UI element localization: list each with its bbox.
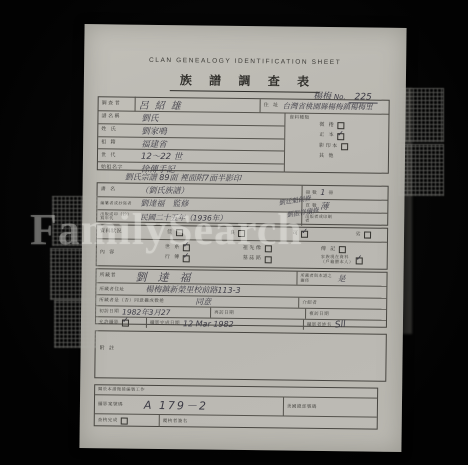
- form-title-text: 族 譜 調 查 表: [170, 71, 321, 93]
- content-option: 行 傳✓: [165, 255, 243, 263]
- checkbox: ✓: [122, 319, 129, 326]
- publisher-label: 出版者或印刷者: [305, 215, 335, 225]
- photo-done-label: 攝影完成日期: [150, 320, 180, 326]
- material-option: 其 他: [319, 154, 388, 160]
- status-option: 劣: [355, 231, 371, 238]
- checkbox: ✓: [356, 257, 363, 264]
- material-option: 影印本: [319, 143, 388, 151]
- year-label: 出版或印（抄）寫年代: [100, 212, 134, 222]
- status-option: 佳: [167, 229, 183, 236]
- option-label: 世 系: [165, 245, 181, 251]
- option-label: 佳: [167, 230, 174, 236]
- holder-address-label: 所藏者住址: [99, 286, 124, 291]
- holder-address-value: 楊梅鎮新榮里校前路113-3: [145, 284, 240, 296]
- checkbox: [339, 246, 346, 253]
- archive-seal-stamp: [54, 300, 98, 348]
- field-value: 12～22 世: [141, 150, 182, 163]
- archive-seal-stamp: [396, 88, 444, 142]
- relation-label: 所藏者與本譜之關係: [300, 274, 334, 284]
- field-label: 姓 氏: [101, 127, 117, 133]
- year-value: 民國二十五年（1936年）: [140, 212, 227, 224]
- first-visit-label: 初訪日期: [99, 309, 119, 314]
- notes-label: 附 註: [100, 345, 116, 351]
- option-label: 行 傳: [165, 255, 181, 261]
- film-number-row: 攝影案號碼 A 179－2 美國總部號碼: [95, 394, 377, 416]
- holder-label: 所藏者: [99, 273, 116, 279]
- condition-table: 資料狀況 佳 良 可✓ 劣 內 容 世 系✓ 祖先像 傳 記 行 傳✓ 墓誌銘: [96, 224, 388, 270]
- field-value: 福建省: [141, 137, 167, 149]
- holder-table: 所藏者 劉 達 福 所藏者與本譜之關係 是 所藏者住址 楊梅鎮新榮里校前路113…: [95, 268, 388, 328]
- address-label: 住 址: [264, 103, 280, 109]
- surveyor-label: 調查者: [102, 101, 122, 107]
- compiler-label: 編纂者或抄寫者: [100, 201, 132, 206]
- photographer-label: 攝影者姓名: [307, 322, 332, 327]
- option-label: 祖先像: [243, 246, 263, 252]
- option-label: 微 捲: [319, 123, 335, 129]
- content-option: 傳 記: [321, 246, 383, 254]
- survey-table: 調查者 呂紹雄 住 址 台灣省桃園縣楊梅鎮楊梅里 譜名稱 劉氏 姓 氏 劉家鳴: [97, 96, 390, 174]
- checkbox: [264, 256, 271, 263]
- hq-number-label: 美國總部號碼: [287, 404, 317, 410]
- content-option: 家族現在資料 （戶籍謄本人） ✓: [321, 255, 383, 265]
- filing-header: 關於本譜微捲編號工作: [98, 387, 145, 392]
- checkbox: [264, 245, 271, 252]
- checkbox: [176, 229, 183, 236]
- pages-value: 薄: [320, 200, 329, 212]
- compiler-value: 劉達福 監修: [140, 198, 188, 210]
- introducer-label: 介紹者: [302, 300, 317, 305]
- sheet-title-english: CLAN GENEALOGY IDENTIFICATION SHEET: [84, 56, 406, 67]
- material-option: 微 捲: [319, 122, 388, 130]
- book-value: （劉氏族譜）: [141, 185, 189, 197]
- first-visit-value: 1982年3月27: [122, 306, 171, 318]
- filing-table: 關於本譜微捲編號工作 攝影案號碼 A 179－2 美國總部號碼 查核完成 覆核者…: [94, 384, 378, 429]
- option-label: 良: [230, 231, 237, 237]
- check-mark: ✓: [183, 251, 190, 260]
- status-label: 資料狀況: [100, 229, 122, 235]
- field-value: 劉家鳴: [141, 124, 167, 136]
- checkbox: [364, 231, 371, 238]
- photographer-signature: Sll: [335, 320, 347, 331]
- checkbox: ✓: [337, 133, 344, 140]
- material-option: 正 本✓: [319, 133, 388, 141]
- check-mark: ✓: [301, 227, 308, 236]
- content-option: 世 系✓: [165, 244, 243, 252]
- volumes-value: 1: [320, 188, 325, 197]
- field-label: 祖 籍: [101, 140, 117, 146]
- surveyor-value: 呂紹雄: [139, 97, 187, 113]
- status-option: 良: [230, 230, 246, 237]
- option-sublabel: （戶籍謄本人）: [321, 260, 354, 265]
- consent-label: 所藏者是（否）同意攝成微捲: [99, 298, 164, 304]
- material-type-label: 資料種類: [289, 115, 388, 121]
- option-label: 墓誌銘: [243, 256, 263, 262]
- checkbox: ✓: [301, 231, 308, 238]
- film-number-value: A 179－2: [144, 397, 208, 414]
- second-visit-label: 再訪日期: [214, 310, 234, 315]
- content-option: 祖先像: [243, 245, 321, 253]
- content-row: 內 容 世 系✓ 祖先像 傳 記 行 傳✓ 墓誌銘 家族現在資料 （戶籍謄本人）…: [97, 238, 387, 270]
- consent-value: 同意: [195, 296, 211, 307]
- review-visit-label: 複訪日期: [309, 311, 329, 316]
- archive-seal-stamp: [50, 248, 98, 300]
- checkbox: ✓: [183, 255, 190, 262]
- book-table: 書 名 （劉氏族譜） 冊 數 1 冊 編纂者或抄寫者 劉達福 監修 頁 數 薄 …: [96, 182, 388, 226]
- checkbox: [121, 417, 128, 424]
- checkbox: [341, 143, 348, 150]
- address-value: 台灣省桃園縣楊梅鎮楊梅里: [282, 100, 372, 112]
- check-done-label: 查核完成: [98, 418, 118, 423]
- film-number-label: 攝影案號碼: [98, 402, 123, 407]
- photo-done-value: 12 Mar 1982: [183, 319, 234, 329]
- check-mark: ✓: [356, 253, 363, 262]
- check-mark: ✓: [183, 240, 190, 249]
- notes-box: 附 註: [94, 330, 387, 382]
- volumes-unit: 冊: [328, 190, 333, 195]
- option-label: 劣: [355, 232, 362, 238]
- survey-body: 譜名稱 劉氏 姓 氏 劉家鳴 祖 籍 福建省 世 代 12～22 世: [98, 110, 389, 174]
- check-mark: ✓: [337, 129, 344, 138]
- content-option: 墓誌銘: [243, 255, 321, 263]
- check-mark: ✓: [122, 315, 129, 324]
- archive-seal-stamp: [398, 144, 444, 196]
- book-label: 書 名: [101, 187, 117, 193]
- option-label: 其 他: [319, 154, 335, 160]
- option-label: 可: [293, 231, 300, 237]
- relation-value: 是: [337, 273, 345, 284]
- field-label: 譜名稱: [101, 114, 121, 120]
- holder-value: 劉 達 福: [135, 268, 190, 285]
- field-label: 世 代: [101, 153, 117, 159]
- content-label: 內 容: [100, 250, 116, 256]
- microfilm-frame: CLAN GENEALOGY IDENTIFICATION SHEET 族 譜 …: [0, 0, 468, 465]
- allow-photo-label: 允許攝影: [99, 320, 119, 325]
- document-sheet: CLAN GENEALOGY IDENTIFICATION SHEET 族 譜 …: [79, 24, 406, 452]
- field-value: 劉氏: [141, 112, 158, 124]
- option-label: 傳 記: [321, 247, 337, 253]
- option-label: 影印本: [319, 144, 339, 150]
- reviewer-label: 覆核者簽名: [163, 418, 188, 423]
- archive-seal-stamp: [52, 196, 98, 246]
- checkbox: [238, 230, 245, 237]
- option-label: 正 本: [319, 133, 335, 139]
- field-label: 始祖名字: [101, 166, 123, 172]
- status-option: 可✓: [293, 231, 309, 238]
